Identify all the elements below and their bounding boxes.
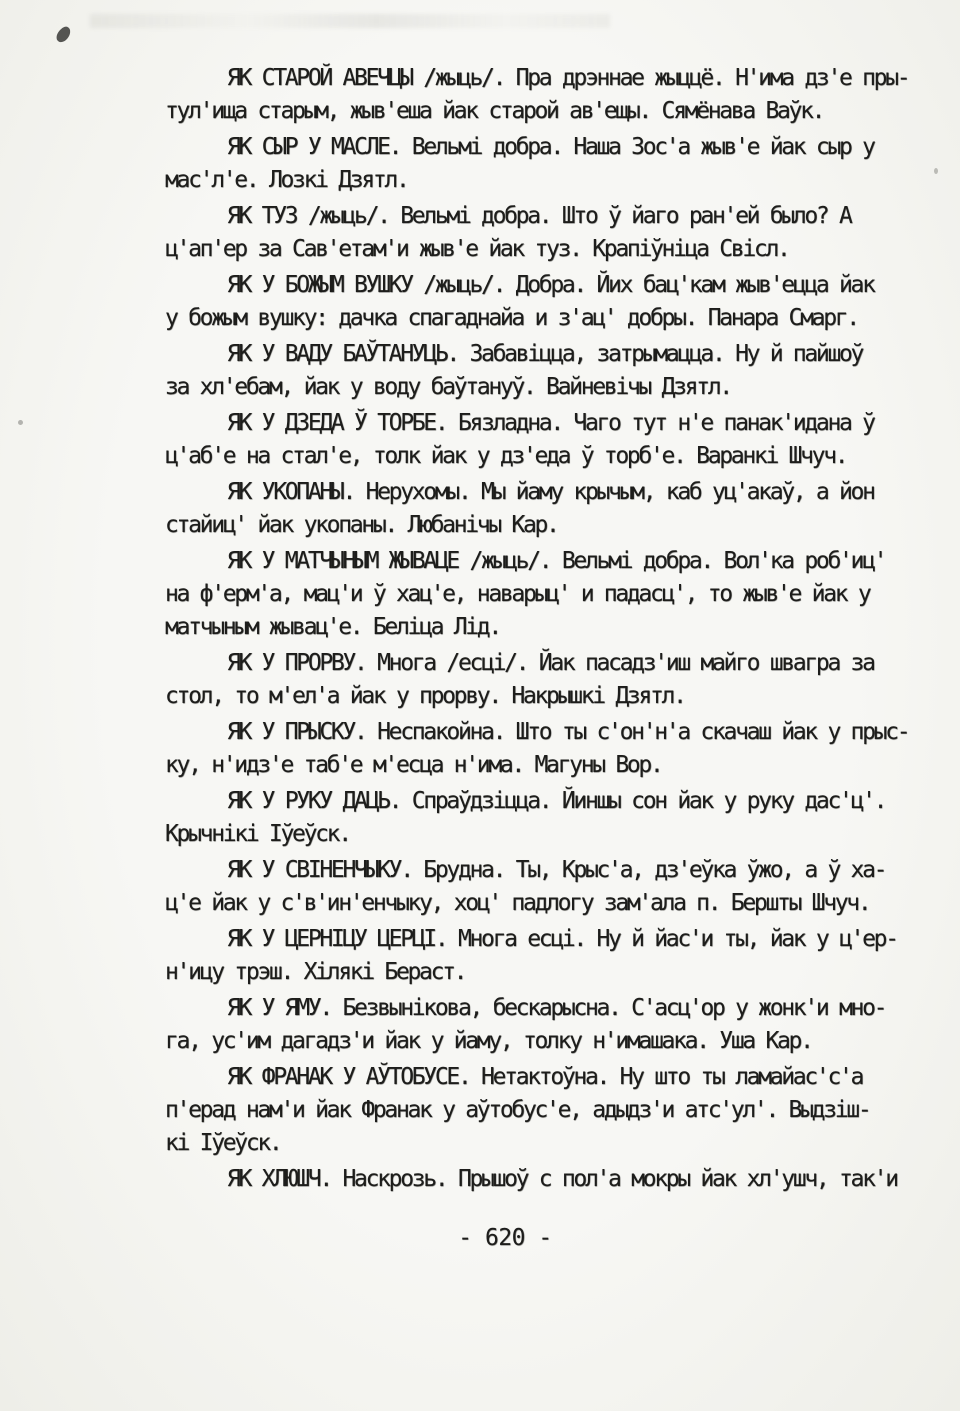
entry-paragraph: ЯК У БОЖЫМ ВУШКУ /жыць/. Добра. Йих бац'… [165,269,925,335]
scan-speck [18,420,23,425]
scan-edge-noise [90,14,610,28]
entry-line: стол, то м'ел'а йак у прорву. Накрышкі Д… [165,680,925,713]
entry-first-line: ЯК У ПРЫСКУ. Неспакойна. Што ты с'он'н'а… [165,716,925,749]
entry-first-line: ЯК ФРАНАК У АЎТОБУСЕ. Нетактоўна. Ну што… [165,1061,925,1094]
entry-paragraph: ЯК ФРАНАК У АЎТОБУСЕ. Нетактоўна. Ну што… [165,1061,925,1160]
entry-paragraph: ЯК У МАТЧЫНЫМ ЖЫВАЦЕ /жыць/. Вельмі добр… [165,545,925,644]
entry-paragraph: ЯК У ЯМУ. Безвынікова, бескарысна. С'асц… [165,992,925,1058]
entry-first-line: ЯК У РУКУ ДАЦЬ. Спраўдзіцца. Йиншы сон й… [165,785,925,818]
entry-line: на ф'ерм'а, мац'и ў хац'е, наварыц' и па… [165,578,925,611]
entry-paragraph: ЯК У ПРЫСКУ. Неспакойна. Што ты с'он'н'а… [165,716,925,782]
entry-paragraph: ЯК ХЛЮШЧ. Наскрозь. Прышоў с пол'а мокры… [165,1163,925,1196]
entry-paragraph: ЯК У РУКУ ДАЦЬ. Спраўдзіцца. Йиншы сон й… [165,785,925,851]
scanned-document-page: ЯК СТАРОЙ АВЕЧЦЫ /жыць/. Пра дрэннае жыц… [0,0,960,1411]
entry-first-line: ЯК У ДЗЕДА Ў ТОРБЕ. Бязладна. Чаго тут н… [165,407,925,440]
entry-paragraph: ЯК У ЦЕРНІЦУ ЦЕРЦІ. Многа есці. Ну й йас… [165,923,925,989]
entry-line: ц'ап'ер за Сав'етам'и жыв'е йак туз. Кра… [165,233,925,266]
entry-paragraph: ЯК УКОПАНЫ. Нерухомы. Мы йаму крычым, ка… [165,476,925,542]
entry-paragraph: ЯК СЫР У МАСЛЕ. Вельмі добра. Наша Зос'а… [165,131,925,197]
entry-first-line: ЯК ТУЗ /жыць/. Вельмі добра. Што ў йаго … [165,200,925,233]
entry-line: п'ерад нам'и йак Франак у аўтобус'е, ады… [165,1094,925,1127]
entry-line: н'ицу трэш. Хілякі Бераст. [165,956,925,989]
entry-first-line: ЯК У ЦЕРНІЦУ ЦЕРЦІ. Многа есці. Ну й йас… [165,923,925,956]
scan-speck [54,24,73,44]
entry-paragraph: ЯК У ДЗЕДА Ў ТОРБЕ. Бязладна. Чаго тут н… [165,407,925,473]
entry-first-line: ЯК ХЛЮШЧ. Наскрозь. Прышоў с пол'а мокры… [165,1163,925,1196]
entry-line: кі Іўеўск. [165,1127,925,1160]
entry-paragraph: ЯК СТАРОЙ АВЕЧЦЫ /жыць/. Пра дрэннае жыц… [165,62,925,128]
entry-first-line: ЯК У БОЖЫМ ВУШКУ /жыць/. Добра. Йих бац'… [165,269,925,302]
entry-line: мас'л'е. Лозкі Дзятл. [165,164,925,197]
entry-line: у божым вушку: дачка спагаднайа и з'ац' … [165,302,925,335]
entry-line: ц'аб'е на стал'е, толк йак у дз'еда ў то… [165,440,925,473]
entry-first-line: ЯК У СВІНЕНЧЫКУ. Брудна. Ты, Крыс'а, дз'… [165,854,925,887]
entry-paragraph: ЯК У СВІНЕНЧЫКУ. Брудна. Ты, Крыс'а, дз'… [165,854,925,920]
page-number: - 620 - [165,1222,845,1255]
entry-line: за хл'ебам, йак у воду баўтануў. Вайневі… [165,371,925,404]
entry-paragraph: ЯК ТУЗ /жыць/. Вельмі добра. Што ў йаго … [165,200,925,266]
entry-first-line: ЯК У ЯМУ. Безвынікова, бескарысна. С'асц… [165,992,925,1025]
entry-paragraph: ЯК У ПРОРВУ. Многа /есці/. Йак пасадз'иш… [165,647,925,713]
entry-first-line: ЯК СТАРОЙ АВЕЧЦЫ /жыць/. Пра дрэннае жыц… [165,62,925,95]
entry-line: Крычнікі Іўеўск. [165,818,925,851]
entry-first-line: ЯК У ПРОРВУ. Многа /есці/. Йак пасадз'иш… [165,647,925,680]
entry-line: тул'ища старым, жыв'еша йак старой ав'ещ… [165,95,925,128]
entry-paragraph: ЯК У ВАДУ БАЎТАНУЦЬ. Забавіцца, затрымац… [165,338,925,404]
entry-first-line: ЯК СЫР У МАСЛЕ. Вельмі добра. Наша Зос'а… [165,131,925,164]
entry-line: ку, н'идз'е таб'е м'есца н'има. Магуны В… [165,749,925,782]
entry-first-line: ЯК УКОПАНЫ. Нерухомы. Мы йаму крычым, ка… [165,476,925,509]
entry-line: матчыным жывац'е. Беліца Лід. [165,611,925,644]
entry-line: га, ус'им дагадз'и йак у йаму, толку н'и… [165,1025,925,1058]
entry-first-line: ЯК У МАТЧЫНЫМ ЖЫВАЦЕ /жыць/. Вельмі добр… [165,545,925,578]
entry-line: ц'е йак у с'в'ин'енчыку, хоц' падлогу за… [165,887,925,920]
dictionary-entries: ЯК СТАРОЙ АВЕЧЦЫ /жыць/. Пра дрэннае жыц… [165,62,925,1199]
scan-speck [934,168,938,174]
entry-first-line: ЯК У ВАДУ БАЎТАНУЦЬ. Забавіцца, затрымац… [165,338,925,371]
entry-line: стайиц' йак укопаны. Любанічы Кар. [165,509,925,542]
